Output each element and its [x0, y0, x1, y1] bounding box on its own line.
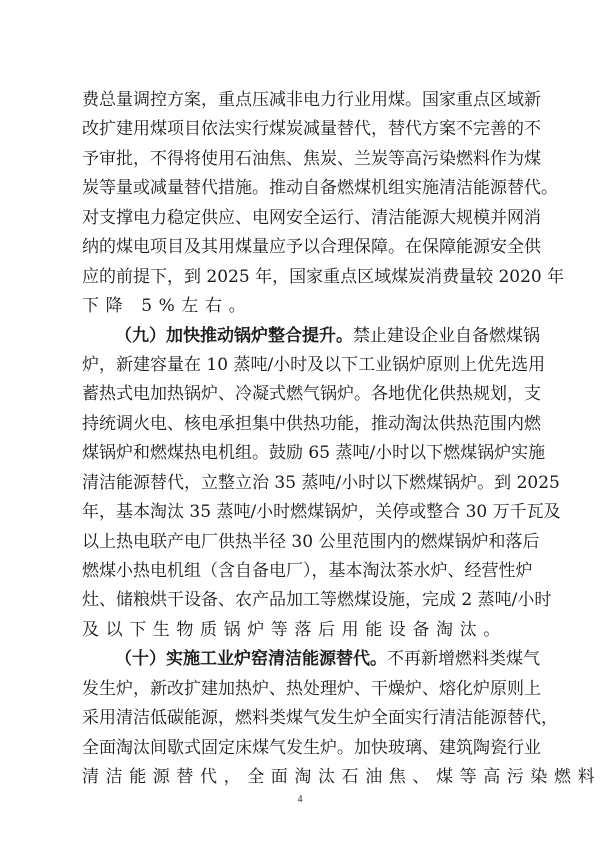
document-page: 费总量调控方案，重点压减非电力行业用煤。国家重点区域新 改扩建用煤项目依法实行煤…: [0, 0, 600, 848]
text-line: 采用清洁低碳能源，燃料类煤气发生炉全面实行清洁能源替代，: [82, 704, 522, 733]
text-line: 费总量调控方案，重点压减非电力行业用煤。国家重点区域新: [82, 86, 522, 115]
text-run: 不再新增燃料类煤气: [387, 649, 540, 669]
text-line: 以上热电联产电厂供热半径 30 公里范围内的燃煤锅炉和落后: [82, 528, 522, 557]
text-line: 发生炉，新改扩建加热炉、热处理炉、干燥炉、熔化炉原则上: [82, 675, 522, 704]
section-10-first-line: （十）实施工业炉窑清洁能源替代。不再新增燃料类煤气: [82, 645, 522, 674]
text-line: 应的前提下，到 2025 年，国家重点区域煤炭消费量较 2020 年: [82, 263, 522, 292]
text-line: 改扩建用煤项目依法实行煤炭减量替代，替代方案不完善的不: [82, 115, 522, 144]
document-body: 费总量调控方案，重点压减非电力行业用煤。国家重点区域新 改扩建用煤项目依法实行煤…: [82, 86, 522, 793]
section-heading-9: （九）加快推动锅炉整合提升。: [115, 326, 353, 346]
text-line: 对支撑电力稳定供应、电网安全运行、清洁能源大规模并网消: [82, 204, 522, 233]
text-line: 清洁能源替代，全面淘汰石油焦、煤等高污染燃料。: [82, 763, 522, 792]
text-line: 燃煤小热电机组（含自备电厂），基本淘汰茶水炉、经营性炉: [82, 557, 522, 586]
text-line: 及以下生物质锅炉等落后用能设备淘汰。: [82, 616, 522, 645]
text-line: 灶、储粮烘干设备、农产品加工等燃煤设施，完成 2 蒸吨/小时: [82, 586, 522, 615]
text-line: 下降 5%左右。: [82, 292, 522, 321]
text-line: 煤锅炉和燃煤热电机组。鼓励 65 蒸吨/小时以下燃煤锅炉实施: [82, 439, 522, 468]
text-line: 炉，新建容量在 10 蒸吨/小时及以下工业锅炉原则上优先选用: [82, 351, 522, 380]
text-line: 予审批，不得将使用石油焦、焦炭、兰炭等高污染燃料作为煤: [82, 145, 522, 174]
section-heading-10: （十）实施工业炉窑清洁能源替代。: [115, 649, 387, 669]
text-line: 持统调火电、核电承担集中供热功能，推动淘汰供热范围内燃: [82, 410, 522, 439]
text-line: 炭等量或减量替代措施。推动自备燃煤机组实施清洁能源替代。: [82, 174, 522, 203]
text-line: 纳的煤电项目及其用煤量应予以合理保障。在保障能源安全供: [82, 233, 522, 262]
text-line: 蓄热式电加热锅炉、冷凝式燃气锅炉。各地优化供热规划，支: [82, 380, 522, 409]
text-line: 年，基本淘汰 35 蒸吨/小时燃煤锅炉，关停或整合 30 万千瓦及: [82, 498, 522, 527]
text-line: 全面淘汰间歇式固定床煤气发生炉。加快玻璃、建筑陶瓷行业: [82, 734, 522, 763]
text-line: 清洁能源替代，立整立治 35 蒸吨/小时以下燃煤锅炉。到 2025: [82, 469, 522, 498]
text-run: 禁止建设企业自备燃煤锅: [353, 326, 540, 346]
section-9-first-line: （九）加快推动锅炉整合提升。禁止建设企业自备燃煤锅: [82, 322, 522, 351]
page-number: 4: [0, 794, 600, 805]
